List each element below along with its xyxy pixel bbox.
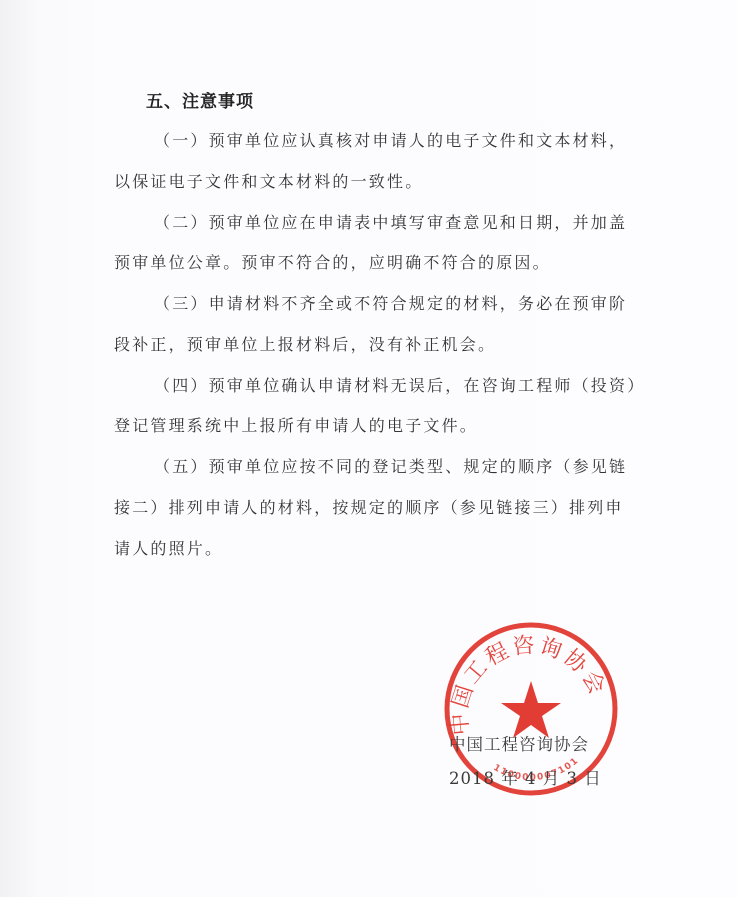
paragraph-2-line-1: （二）预审单位应在申请表中填写审查意见和日期，并加盖 [154, 210, 627, 233]
paragraph-4-line-2: 登记管理系统中上报所有申请人的电子文件。 [114, 413, 478, 436]
paragraph-5-line-1: （五）预审单位应按不同的登记类型、规定的顺序（参见链 [154, 454, 627, 477]
paragraph-1-line-2: 以保证电子文件和文本材料的一致性。 [114, 169, 423, 192]
signature-date: 2018 年 4 月 3 日 [449, 765, 602, 789]
section-heading: 五、注意事项 [146, 87, 254, 112]
paragraph-3-line-2: 段补正，预审单位上报材料后，没有补正机会。 [114, 332, 496, 355]
star-icon [501, 681, 561, 738]
paragraph-4-line-1: （四）预审单位确认申请材料无误后，在咨询工程师（投资） [154, 373, 645, 396]
document-page: 五、注意事项 （一）预审单位应认真核对申请人的电子文件和文本材料， 以保证电子文… [0, 0, 737, 897]
paragraph-2-line-2: 预审单位公章。预审不符合的，应明确不符合的原因。 [114, 250, 551, 273]
paragraph-3-line-1: （三）申请材料不齐全或不符合规定的材料，务必在预审阶 [154, 291, 627, 314]
paragraph-5-line-3: 请人的照片。 [114, 536, 223, 559]
paragraph-5-line-2: 接二）排列申请人的材料，按规定的顺序（参见链接三）排列申 [114, 495, 624, 518]
paragraph-1-line-1: （一）预审单位应认真核对申请人的电子文件和文本材料， [154, 128, 627, 151]
signature-organization: 中国工程咨询协会 [449, 731, 589, 755]
